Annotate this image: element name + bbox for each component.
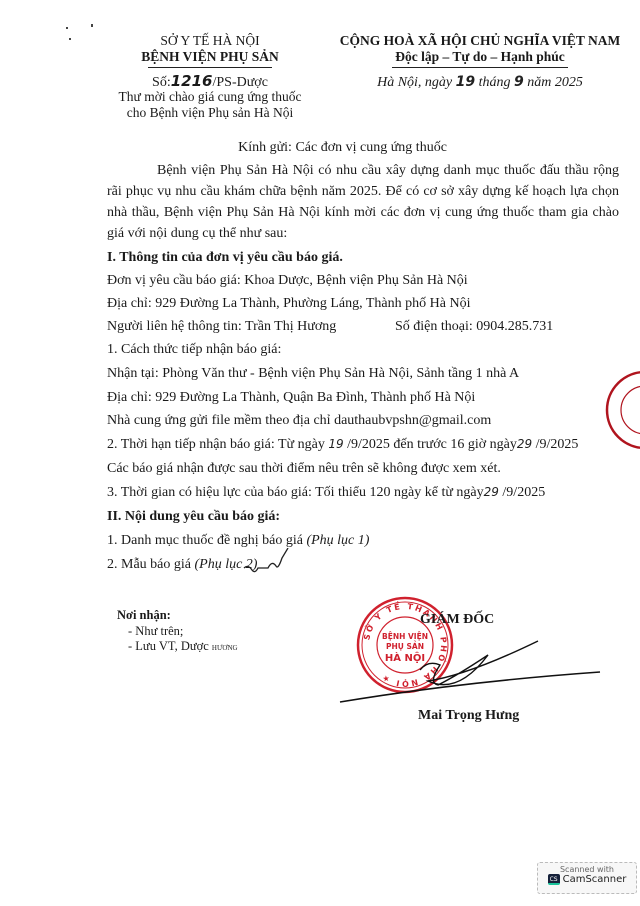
number-prefix: Số:	[152, 75, 171, 90]
validity-suffix: /9/2025	[502, 485, 545, 500]
recipients-title: Nơi nhận:	[117, 608, 171, 623]
requester-address: Địa chỉ: 929 Đường La Thành, Phường Láng…	[107, 296, 470, 312]
number-handwritten: 1216	[171, 72, 213, 90]
signature-role: GIÁM ĐỐC	[420, 612, 494, 628]
intro-paragraph: Bệnh viện Phụ Sản Hà Nội có nhu cầu xây …	[107, 160, 619, 244]
header-left-rule	[148, 67, 272, 68]
item2-text: 2. Mẫu báo giá	[107, 557, 191, 572]
camscanner-watermark: Scanned with CS CamScanner	[537, 862, 637, 894]
date-line: Hà Nội, ngày 19 tháng 9 năm 2025	[330, 74, 630, 91]
deadline-suffix: /9/2025	[536, 437, 579, 452]
header-right-rule	[392, 67, 568, 68]
date-month: 9	[514, 74, 524, 90]
scan-speck	[66, 27, 68, 29]
recipient-item: - Như trên;	[128, 624, 183, 639]
deadline-to-day: 29	[517, 437, 532, 451]
partial-stamp-icon	[600, 370, 640, 450]
number-suffix: /PS-Dược	[212, 75, 267, 90]
deadline-middle: /9/2025 đến trước 16 giờ ngày	[347, 437, 517, 452]
date-month-label: tháng	[479, 75, 511, 90]
contact-phone: Số điện thoại: 0904.285.731	[395, 319, 553, 335]
camscanner-logo-icon: CS	[548, 874, 560, 885]
receive-address: Địa chỉ: 929 Đường La Thành, Quận Ba Đìn…	[107, 390, 475, 406]
subject-line-2: cho Bệnh viện Phụ sản Hà Nội	[110, 105, 310, 121]
requester: Đơn vị yêu cầu báo giá: Khoa Dược, Bệnh …	[107, 273, 468, 289]
deadline-from-day: 19	[328, 437, 343, 451]
section2-item-1: 1. Danh mục thuốc đề nghị báo giá (Phụ l…	[107, 533, 369, 549]
deadline-prefix: 2. Thời hạn tiếp nhận báo giá: Từ ngày	[107, 437, 325, 452]
scan-speck	[69, 38, 71, 40]
section2-title: II. Nội dung yêu cầu báo giá:	[107, 509, 280, 525]
signer-name: Mai Trọng Hưng	[418, 708, 519, 724]
date-year: năm 2025	[527, 75, 583, 90]
recipient-item-text: - Lưu VT, Dược	[128, 639, 209, 653]
initial-scribble-icon	[242, 548, 292, 578]
motto: Độc lập – Tự do – Hạnh phúc	[330, 49, 630, 65]
validity-line: 3. Thời gian có hiệu lực của báo giá: Tố…	[107, 485, 545, 501]
intro-text: Bệnh viện Phụ Sản Hà Nội có nhu cầu xây …	[107, 163, 619, 241]
section2-item-2: 2. Mẫu báo giá (Phụ lục 2)	[107, 557, 257, 573]
receive-method-title: 1. Cách thức tiếp nhận báo giá:	[107, 342, 281, 358]
watermark-line1: Scanned with	[538, 865, 636, 874]
watermark-brand-row: CS CamScanner	[538, 874, 636, 885]
department-name: SỞ Y TẾ HÀ NỘI	[110, 33, 310, 49]
receive-at: Nhận tại: Phòng Văn thư - Bệnh viện Phụ …	[107, 366, 519, 382]
email-line: Nhà cung ứng gửi file mềm theo địa chỉ d…	[107, 413, 491, 429]
scan-speck	[91, 24, 93, 27]
signature-icon	[330, 630, 610, 705]
validity-day: 29	[484, 485, 499, 499]
greeting: Kính gửi: Các đơn vị cung ứng thuốc	[0, 140, 640, 156]
item1-text: 1. Danh mục thuốc đề nghị báo giá	[107, 533, 303, 548]
section1-title: I. Thông tin của đơn vị yêu cầu báo giá.	[107, 250, 343, 266]
recipient-item: - Lưu VT, Dược HƯƠNG	[128, 639, 238, 654]
recipient-initials: HƯƠNG	[212, 644, 238, 652]
date-day: 19	[456, 74, 475, 90]
hospital-name: BỆNH VIỆN PHỤ SẢN	[110, 49, 310, 65]
item1-ref: (Phụ lục 1)	[306, 533, 369, 548]
deadline-line: 2. Thời hạn tiếp nhận báo giá: Từ ngày 1…	[107, 437, 578, 453]
date-prefix: Hà Nội, ngày	[377, 75, 452, 90]
subject-line-1: Thư mời chào giá cung ứng thuốc	[110, 89, 310, 105]
contact-person: Người liên hệ thông tin: Trần Thị Hương	[107, 319, 336, 335]
watermark-brand: CamScanner	[563, 874, 627, 885]
validity-prefix: 3. Thời gian có hiệu lực của báo giá: Tố…	[107, 485, 484, 500]
late-note: Các báo giá nhận được sau thời điểm nêu …	[107, 461, 501, 477]
nation-title: CỘNG HOÀ XÃ HỘI CHỦ NGHĨA VIỆT NAM	[330, 33, 630, 49]
